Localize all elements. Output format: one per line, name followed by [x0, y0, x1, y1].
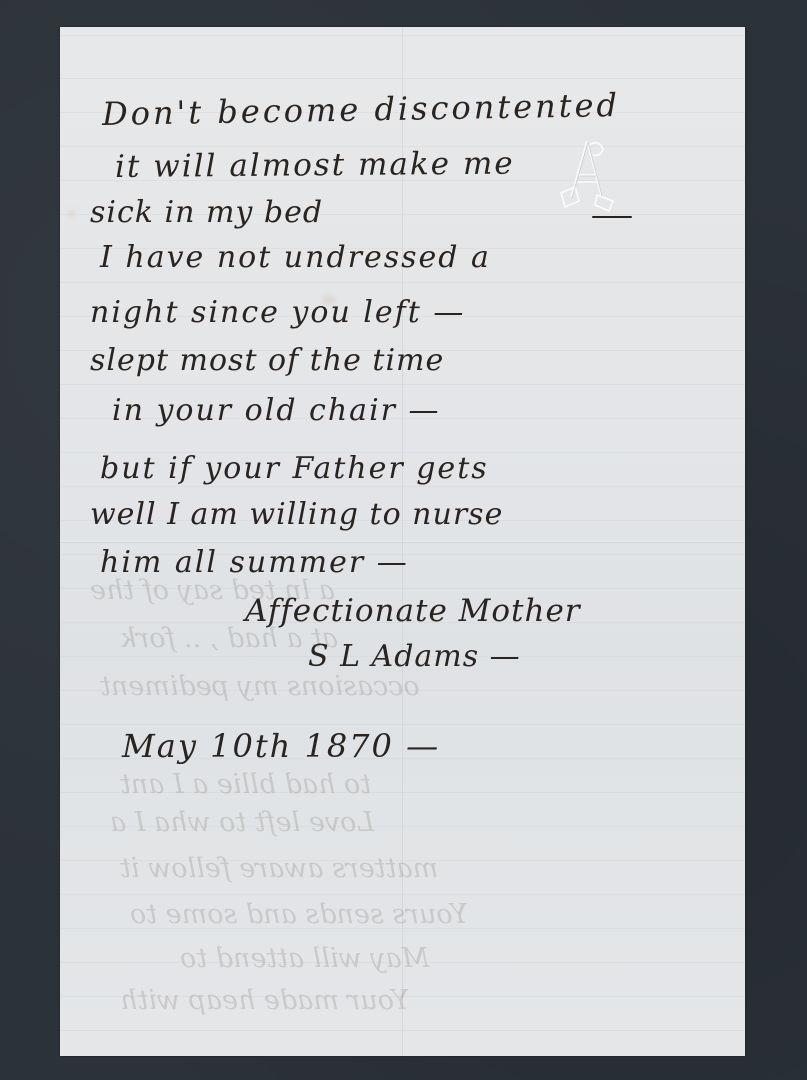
- letter-line: slept most of the time: [90, 343, 444, 378]
- letter-date: May 10th 1870 —: [122, 727, 440, 765]
- bleed-through-line: Love left to wha I a: [110, 807, 374, 838]
- embossed-stationer-mark-icon: [557, 135, 617, 215]
- letter-line: night since you left —: [90, 295, 465, 330]
- letter-closing: Affectionate Mother: [245, 593, 581, 629]
- bleed-through-line: Your made heap with: [120, 985, 409, 1016]
- letter-line: in your old chair —: [112, 393, 441, 428]
- bleed-through-line: Yours sends and some to: [130, 899, 468, 930]
- ink-flourish: [592, 216, 632, 218]
- letter-line: well I am willing to nurse: [90, 497, 503, 532]
- letter-page: a ln ted say of the at a had , .. fork o…: [60, 27, 745, 1056]
- letter-line: him all summer —: [100, 545, 409, 580]
- bleed-through-line: May will attend to: [180, 943, 429, 974]
- letter-line: Don't become discontented: [102, 86, 621, 133]
- bleed-through-line: occasions my pediment: [100, 671, 420, 702]
- letter-line: I have not undressed a: [100, 240, 491, 275]
- letter-line: sick in my bed: [90, 195, 323, 230]
- bleed-through-line: to had bllie a I ant: [120, 769, 371, 800]
- foxing-stain: [68, 209, 74, 217]
- letter-line: it will almost make me: [115, 146, 515, 185]
- letter-line: but if your Father gets: [100, 451, 489, 486]
- bleed-through-line: matters aware fellow it: [120, 853, 438, 884]
- letter-signature: S L Adams —: [308, 639, 521, 674]
